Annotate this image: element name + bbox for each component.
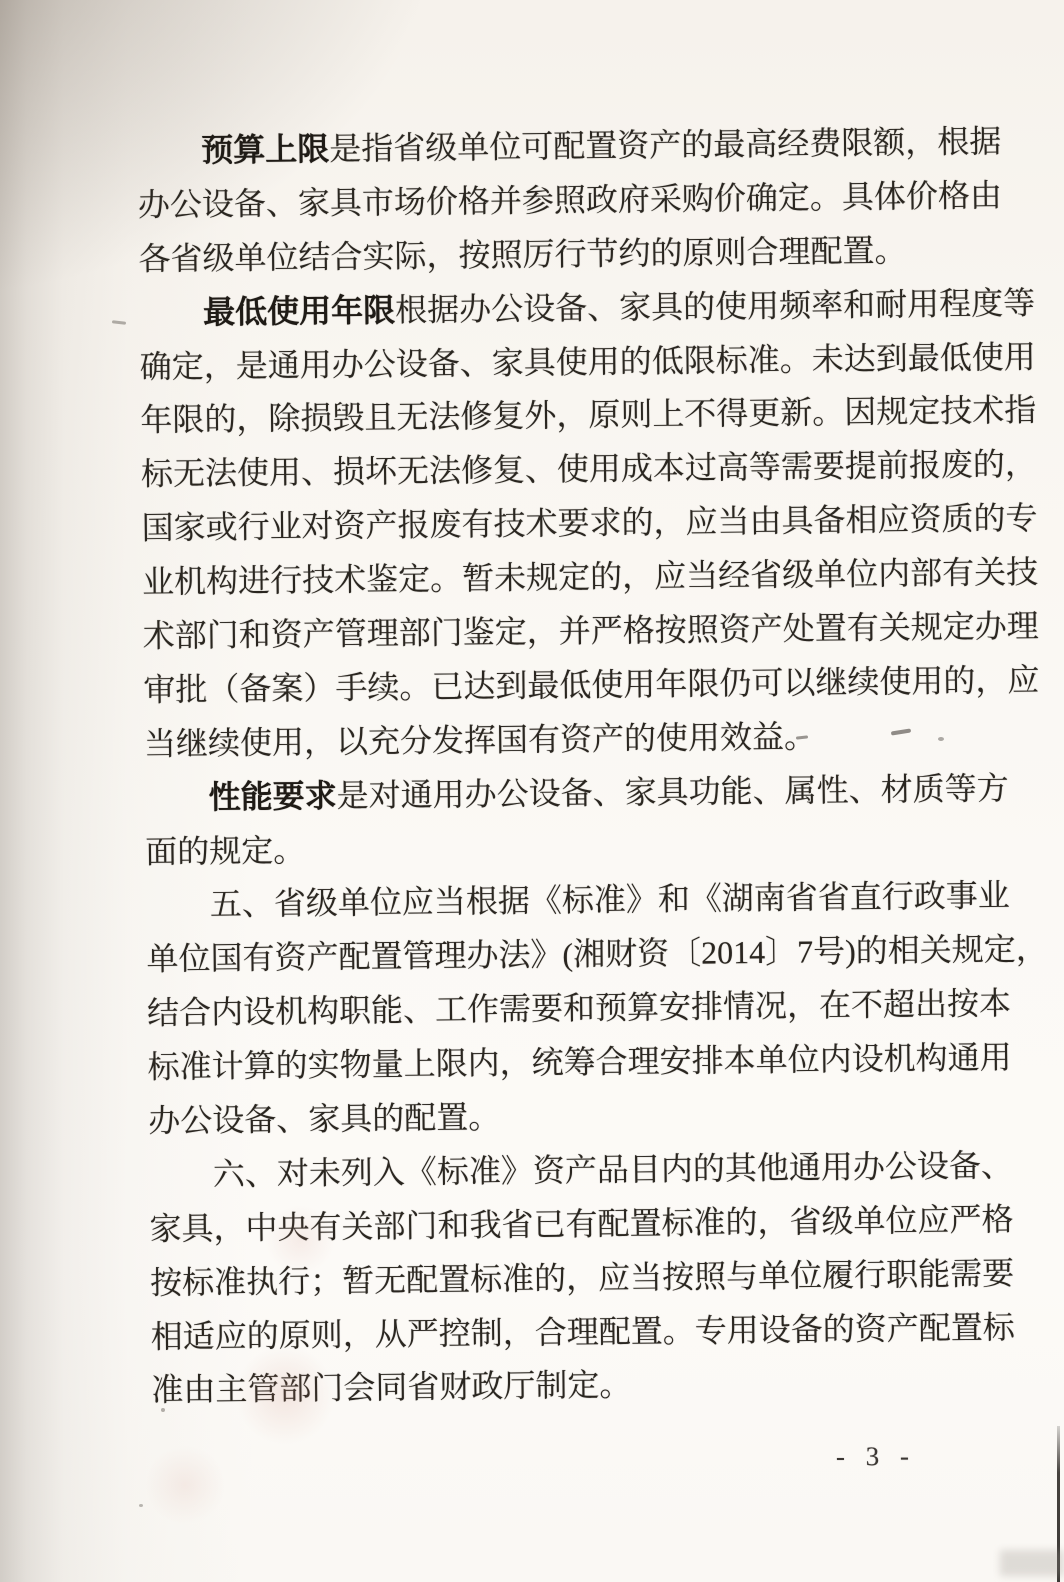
line-text: 单位国有资产配置管理办法》(湘财资〔2014〕7号)的相关规定， [146,931,1048,977]
line-text: 标无法使用、损坏无法修复、使用成本过高等需要提前报废的， [141,446,1037,492]
document-line: 当继续使用，以充分发挥国有资产的使用效益。 [144,709,951,772]
document-line: 相适应的原则，从严控制，合理配置。专用设备的资产配置标 [150,1301,957,1364]
line-text: 结合内设机构职能、工作需要和预算安排情况，在不超出按本 [147,985,1011,1031]
document-body: 预算上限是指省级单位可配置资产的最高经费限额，根据办公设备、家具市场价格并参照政… [137,116,958,1418]
document-line: 标准计算的实物量上限内，统筹合理安排本单位内设机构通用 [147,1032,954,1095]
document-line: 预算上限是指省级单位可配置资产的最高经费限额，根据 [137,116,944,179]
scan-artifact-speck [139,1504,143,1507]
line-text: 准由主管部门会同省财政厅制定。 [151,1367,631,1408]
line-text: 术部门和资产管理部门鉴定，并严格按照资产处置有关规定办理 [143,608,1039,654]
document-line: 业机构进行技术鉴定。暂未规定的，应当经省级单位内部有关技 [142,547,949,610]
line-text: 当继续使用，以充分发挥国有资产的使用效益。 [144,718,816,762]
line-text: 六、对未列入《标准》资产品目内的其他通用办公设备、 [213,1147,1013,1192]
document-line: 标无法使用、损坏无法修复、使用成本过高等需要提前报废的， [141,439,948,502]
line-text: 确定，是通用办公设备、家具使用的低限标准。未达到最低使用 [140,338,1036,384]
document-line: 五、省级单位应当根据《标准》和《湖南省省直行政事业 [146,870,953,933]
document-line: 国家或行业对资产报废有技术要求的，应当由具备相应资质的专 [141,493,948,556]
document-line: 术部门和资产管理部门鉴定，并严格按照资产处置有关规定办理 [143,601,950,664]
line-text: 各省级单位结合实际，按照厉行节约的原则合理配置。 [138,232,906,277]
paragraph-lead-term: 最低使用年限 [203,292,395,330]
scanned-document-page: 预算上限是指省级单位可配置资产的最高经费限额，根据办公设备、家具市场价格并参照政… [0,0,1064,1582]
line-text: 业机构进行技术鉴定。暂未规定的，应当经省级单位内部有关技 [142,554,1038,600]
page-number: - 3 - [836,1441,956,1473]
line-text: 面的规定。 [145,832,305,870]
document-line: 办公设备、家具的配置。 [148,1086,955,1149]
line-text: 是对通用办公设备、家具功能、属性、材质等方 [336,770,1008,814]
line-text: 相适应的原则，从严控制，合理配置。专用设备的资产配置标 [151,1309,1015,1355]
document-line: 单位国有资产配置管理办法》(湘财资〔2014〕7号)的相关规定， [146,924,953,987]
document-line: 各省级单位结合实际，按照厉行节约的原则合理配置。 [138,224,945,287]
line-text: 国家或行业对资产报废有技术要求的，应当由具备相应资质的专 [141,500,1037,546]
document-line: 准由主管部门会同省财政厅制定。 [151,1355,958,1418]
document-line: 按标准执行；暂无配置标准的，应当按照与单位履行职能需要 [150,1247,957,1310]
scan-artifact-smudge [1000,1550,1064,1576]
line-text: 办公设备、家具的配置。 [148,1099,500,1139]
document-line: 最低使用年限根据办公设备、家具的使用频率和耐用程度等 [139,278,946,341]
document-line: 确定，是通用办公设备、家具使用的低限标准。未达到最低使用 [139,331,946,394]
line-text: 根据办公设备、家具的使用频率和耐用程度等 [395,284,1035,327]
document-line: 结合内设机构职能、工作需要和预算安排情况，在不超出按本 [147,978,954,1041]
scan-artifact-dash [112,320,126,324]
paragraph-lead-term: 预算上限 [201,131,329,168]
line-text: 办公设备、家具市场价格并参照政府采购价确定。具体价格由 [138,177,1002,223]
document-line: 审批（备案）手续。已达到最低使用年限仍可以继续使用的，应 [143,655,950,718]
document-line: 家具，中央有关部门和我省已有配置标准的，省级单位应严格 [149,1194,956,1257]
scan-artifact-edge-line [1057,1426,1060,1582]
line-text: 审批（备案）手续。已达到最低使用年限仍可以继续使用的，应 [143,662,1039,708]
document-line: 六、对未列入《标准》资产品目内的其他通用办公设备、 [149,1140,956,1203]
scan-artifact-pink-smudge [145,1445,225,1525]
line-text: 年限的，除损毁且无法修复外，原则上不得更新。因规定技术指 [140,392,1036,438]
document-line: 面的规定。 [145,816,952,879]
line-text: 是指省级单位可配置资产的最高经费限额，根据 [329,123,1001,167]
document-line: 办公设备、家具市场价格并参照政府采购价确定。具体价格由 [138,170,945,233]
document-line: 性能要求是对通用办公设备、家具功能、属性、材质等方 [144,763,951,826]
line-text: 五、省级单位应当根据《标准》和《湖南省省直行政事业 [210,878,1010,923]
line-text: 标准计算的实物量上限内，统筹合理安排本单位内设机构通用 [147,1039,1011,1085]
document-line: 年限的，除损毁且无法修复外，原则上不得更新。因规定技术指 [140,385,947,448]
paragraph-lead-term: 性能要求 [208,777,336,814]
line-text: 按标准执行；暂无配置标准的，应当按照与单位履行职能需要 [150,1255,1014,1301]
line-text: 家具，中央有关部门和我省已有配置标准的，省级单位应严格 [149,1201,1013,1247]
